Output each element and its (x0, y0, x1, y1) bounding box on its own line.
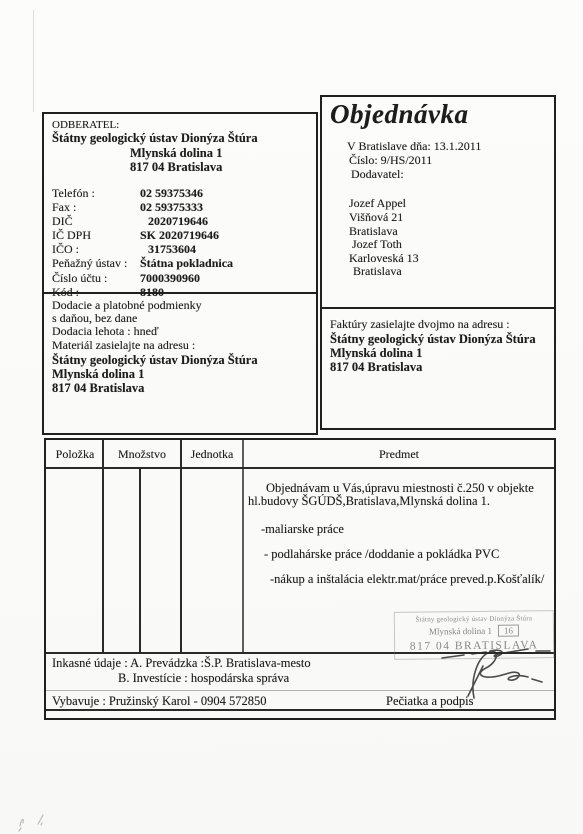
supplier-line: Jozef Toth (352, 238, 550, 252)
supplier-line: Karloveská 13 (349, 252, 550, 266)
supplier-line: Bratislava (353, 265, 550, 279)
field-label: Číslo účtu : (52, 271, 140, 285)
order-box: Objednávka V Bratislave dňa: 13.1.2011 Č… (320, 95, 556, 307)
field-value: SK 2020719646 (140, 228, 219, 242)
column-divider (102, 440, 104, 652)
column-divider (180, 440, 182, 652)
field-value: 02 59375346 (140, 186, 203, 200)
column-divider (242, 440, 244, 652)
supplier-address-block: Jozef Appel Višňová 21 Bratislava Jozef … (349, 197, 550, 279)
column-header-predmet: Predmet (244, 447, 554, 462)
column-header-jednotka: Jednotka (182, 447, 242, 462)
customer-label: ODBERATEL: (52, 119, 119, 131)
scanned-order-document: ODBERATEL: Štátny geologický ústav Dioný… (0, 0, 583, 834)
subject-line: -maliarske práce (261, 523, 554, 536)
customer-fields: Telefón : 02 59375346 Fax : 02 59375333 … (52, 186, 310, 299)
field-label: DIČ (52, 214, 140, 228)
customer-name: Štátny geologický ústav Dionýza Štúra (52, 131, 258, 145)
invoice-address-box: Faktúry zasielajte dvojmo na adresu : Št… (320, 307, 556, 430)
delivery-address-street: Mlynská dolina 1 (52, 367, 310, 381)
column-subdivider (139, 467, 141, 652)
field-row-telefon: Telefón : 02 59375346 (52, 186, 310, 200)
field-label: Telefón : (52, 186, 140, 200)
scan-fold-line (33, 10, 34, 112)
vybavuje-underline (46, 709, 554, 711)
invoice-address-street: Mlynská dolina 1 (330, 346, 550, 360)
field-value: 2020719646 (148, 214, 208, 228)
field-label: Fax : (52, 200, 140, 214)
order-date: V Bratislave dňa: 13.1.2011 (347, 140, 550, 154)
field-row-cislo-uctu: Číslo účtu : 7000390960 (52, 271, 310, 285)
delivery-address-city: 817 04 Bratislava (52, 381, 310, 395)
customer-header: ODBERATEL: Štátny geologický ústav Dioný… (52, 119, 310, 146)
collection-data-line2: B. Investície : hospodárska správa (118, 671, 289, 686)
field-row-fax: Fax : 02 59375333 (52, 200, 310, 214)
signature-scribble (428, 626, 560, 702)
subject-line: - podlahárske práce /doddanie a pokládka… (264, 548, 554, 561)
header-underline (46, 467, 554, 469)
field-label: IČO : (52, 242, 140, 256)
delivery-address-block: Štátny geologický ústav Dionýza Štúra Ml… (52, 353, 310, 395)
stamp-org-name: Štátny geologický ústav Dionýza Štúra (395, 614, 553, 624)
invoice-address-name: Štátny geologický ústav Dionýza Štúra (330, 332, 550, 346)
pencil-mark (14, 806, 94, 834)
field-row-penazny-ustav: Peňažný ústav : Štátna pokladnica (52, 256, 310, 270)
order-title: Objednávka (330, 99, 550, 130)
order-subject-text: Objednávam u Vás,úpravu miestnosti č.250… (248, 482, 554, 586)
delivery-material-line: Materiál zasielajte na adresu : (52, 339, 310, 352)
customer-box: ODBERATEL: Štátny geologický ústav Dioný… (42, 112, 318, 294)
column-header-mnozstvo: Množstvo (104, 447, 180, 462)
field-value: 02 59375333 (140, 200, 203, 214)
subject-line: -nákup a inštalácia elektr.mat/práce pre… (270, 573, 554, 586)
order-meta: V Bratislave dňa: 13.1.2011 Číslo: 9/HS/… (347, 140, 550, 181)
field-label: Peňažný ústav : (52, 256, 140, 270)
supplier-label: Dodavatel: (351, 168, 550, 182)
subject-line: hl.budovy ŠGÚDŠ,Bratislava,Mlynská dolin… (248, 495, 554, 508)
supplier-line: Bratislava (349, 225, 550, 239)
field-row-dic: DIČ 2020719646 (52, 214, 310, 228)
supplier-line: Višňová 21 (349, 211, 550, 225)
delivery-deadline-line: Dodacia lehota : hneď (52, 325, 310, 338)
delivery-address-name: Štátny geologický ústav Dionýza Štúra (52, 353, 310, 367)
field-value: 31753604 (148, 242, 196, 256)
collection-data-line1: Inkasné údaje : A. Prevádzka :Š.P. Brati… (52, 656, 311, 671)
order-number: Číslo: 9/HS/2011 (349, 154, 550, 168)
customer-address-line2: 817 04 Bratislava (130, 160, 310, 174)
column-header-polozka: Položka (48, 447, 102, 462)
supplier-line: Jozef Appel (349, 197, 550, 211)
handled-by-line: Vybavuje : Pružinský Karol - 0904 572850 (52, 694, 267, 709)
field-row-ico: IČO : 31753604 (52, 242, 310, 256)
field-label: IČ DPH (52, 228, 140, 242)
field-value: 7000390960 (140, 271, 200, 285)
field-row-icdph: IČ DPH SK 2020719646 (52, 228, 310, 242)
field-value: Štátna pokladnica (140, 256, 233, 270)
invoice-address-city: 817 04 Bratislava (330, 360, 550, 374)
customer-address-line1: Mlynská dolina 1 (130, 146, 310, 160)
invoice-intro: Faktúry zasielajte dvojmo na adresu : (330, 317, 550, 332)
delivery-terms-box: Dodacie a platobné podmienky s daňou, be… (42, 292, 318, 435)
